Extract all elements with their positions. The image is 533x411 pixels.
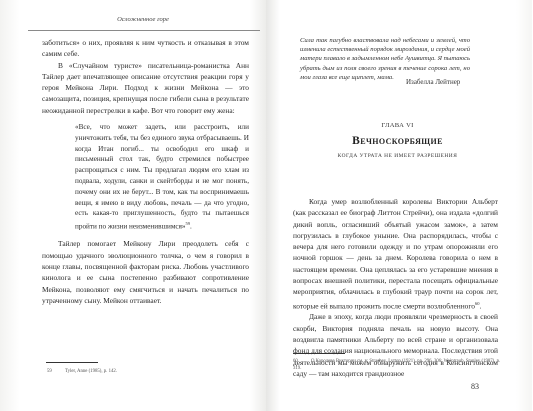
footnote-ref: 59 <box>186 221 191 226</box>
footnote-rule <box>46 362 98 363</box>
epigraph: Сила так пагубно властвовала над небесам… <box>300 36 470 82</box>
paragraph: В «Случайном туристе» писательница-роман… <box>42 60 249 116</box>
footnote-number: 59 <box>47 368 65 375</box>
paragraph: заботиться» о них, проявляя к ним чуткос… <box>42 37 249 60</box>
epigraph-text: Сила так пагубно властвовала над небесам… <box>300 37 470 81</box>
chapter-title: Вечноскорбящие <box>266 135 529 147</box>
paragraph-text: Когда умер возлюбленный королевы Виктори… <box>293 197 498 310</box>
quote-text: «Все, что может задеть, или расстроить, … <box>75 123 249 231</box>
running-head: Осложненное горе <box>28 16 258 23</box>
paragraph: Когда умер возлюбленный королевы Виктори… <box>293 196 498 311</box>
chapter-number: ГЛАВА VI <box>266 122 529 129</box>
chapter-subtitle: КОГДА УТРАТА НЕ ИМЕЕТ РАЗРЕШЕНИЯ <box>266 153 529 159</box>
paragraph: Тайлер помогает Мейкону Лири преодолеть … <box>42 238 249 306</box>
header-rule <box>28 30 260 31</box>
right-page: Сила так пагубно властвовала над небесам… <box>266 0 532 411</box>
footnote-ref: 60 <box>475 301 480 306</box>
book-spread: Осложненное горе заботиться» о них, проя… <box>0 0 533 411</box>
left-body-text: заботиться» о них, проявляя к ним чуткос… <box>42 37 249 306</box>
left-page: Осложненное горе заботиться» о них, проя… <box>0 0 266 411</box>
footnote-text: О Королеве Виктории см. в: Strachey, Lyt… <box>293 359 500 371</box>
epigraph-author: Изабелла Лейтнер <box>406 78 460 86</box>
right-body-text: Когда умер возлюбленный королевы Виктори… <box>293 196 498 379</box>
block-quote: «Все, что может задеть, или расстроить, … <box>75 122 249 232</box>
footnote-rule <box>293 353 345 354</box>
page-number: 83 <box>471 382 479 391</box>
footnote: 59Tyler, Anne (1985), p. 142. <box>47 368 247 375</box>
footnote: 60О Королеве Виктории см. в: Strachey, L… <box>293 358 501 372</box>
footnote-text: Tyler, Anne (1985), p. 142. <box>65 369 117 374</box>
footnote-number: 60 <box>293 358 311 365</box>
